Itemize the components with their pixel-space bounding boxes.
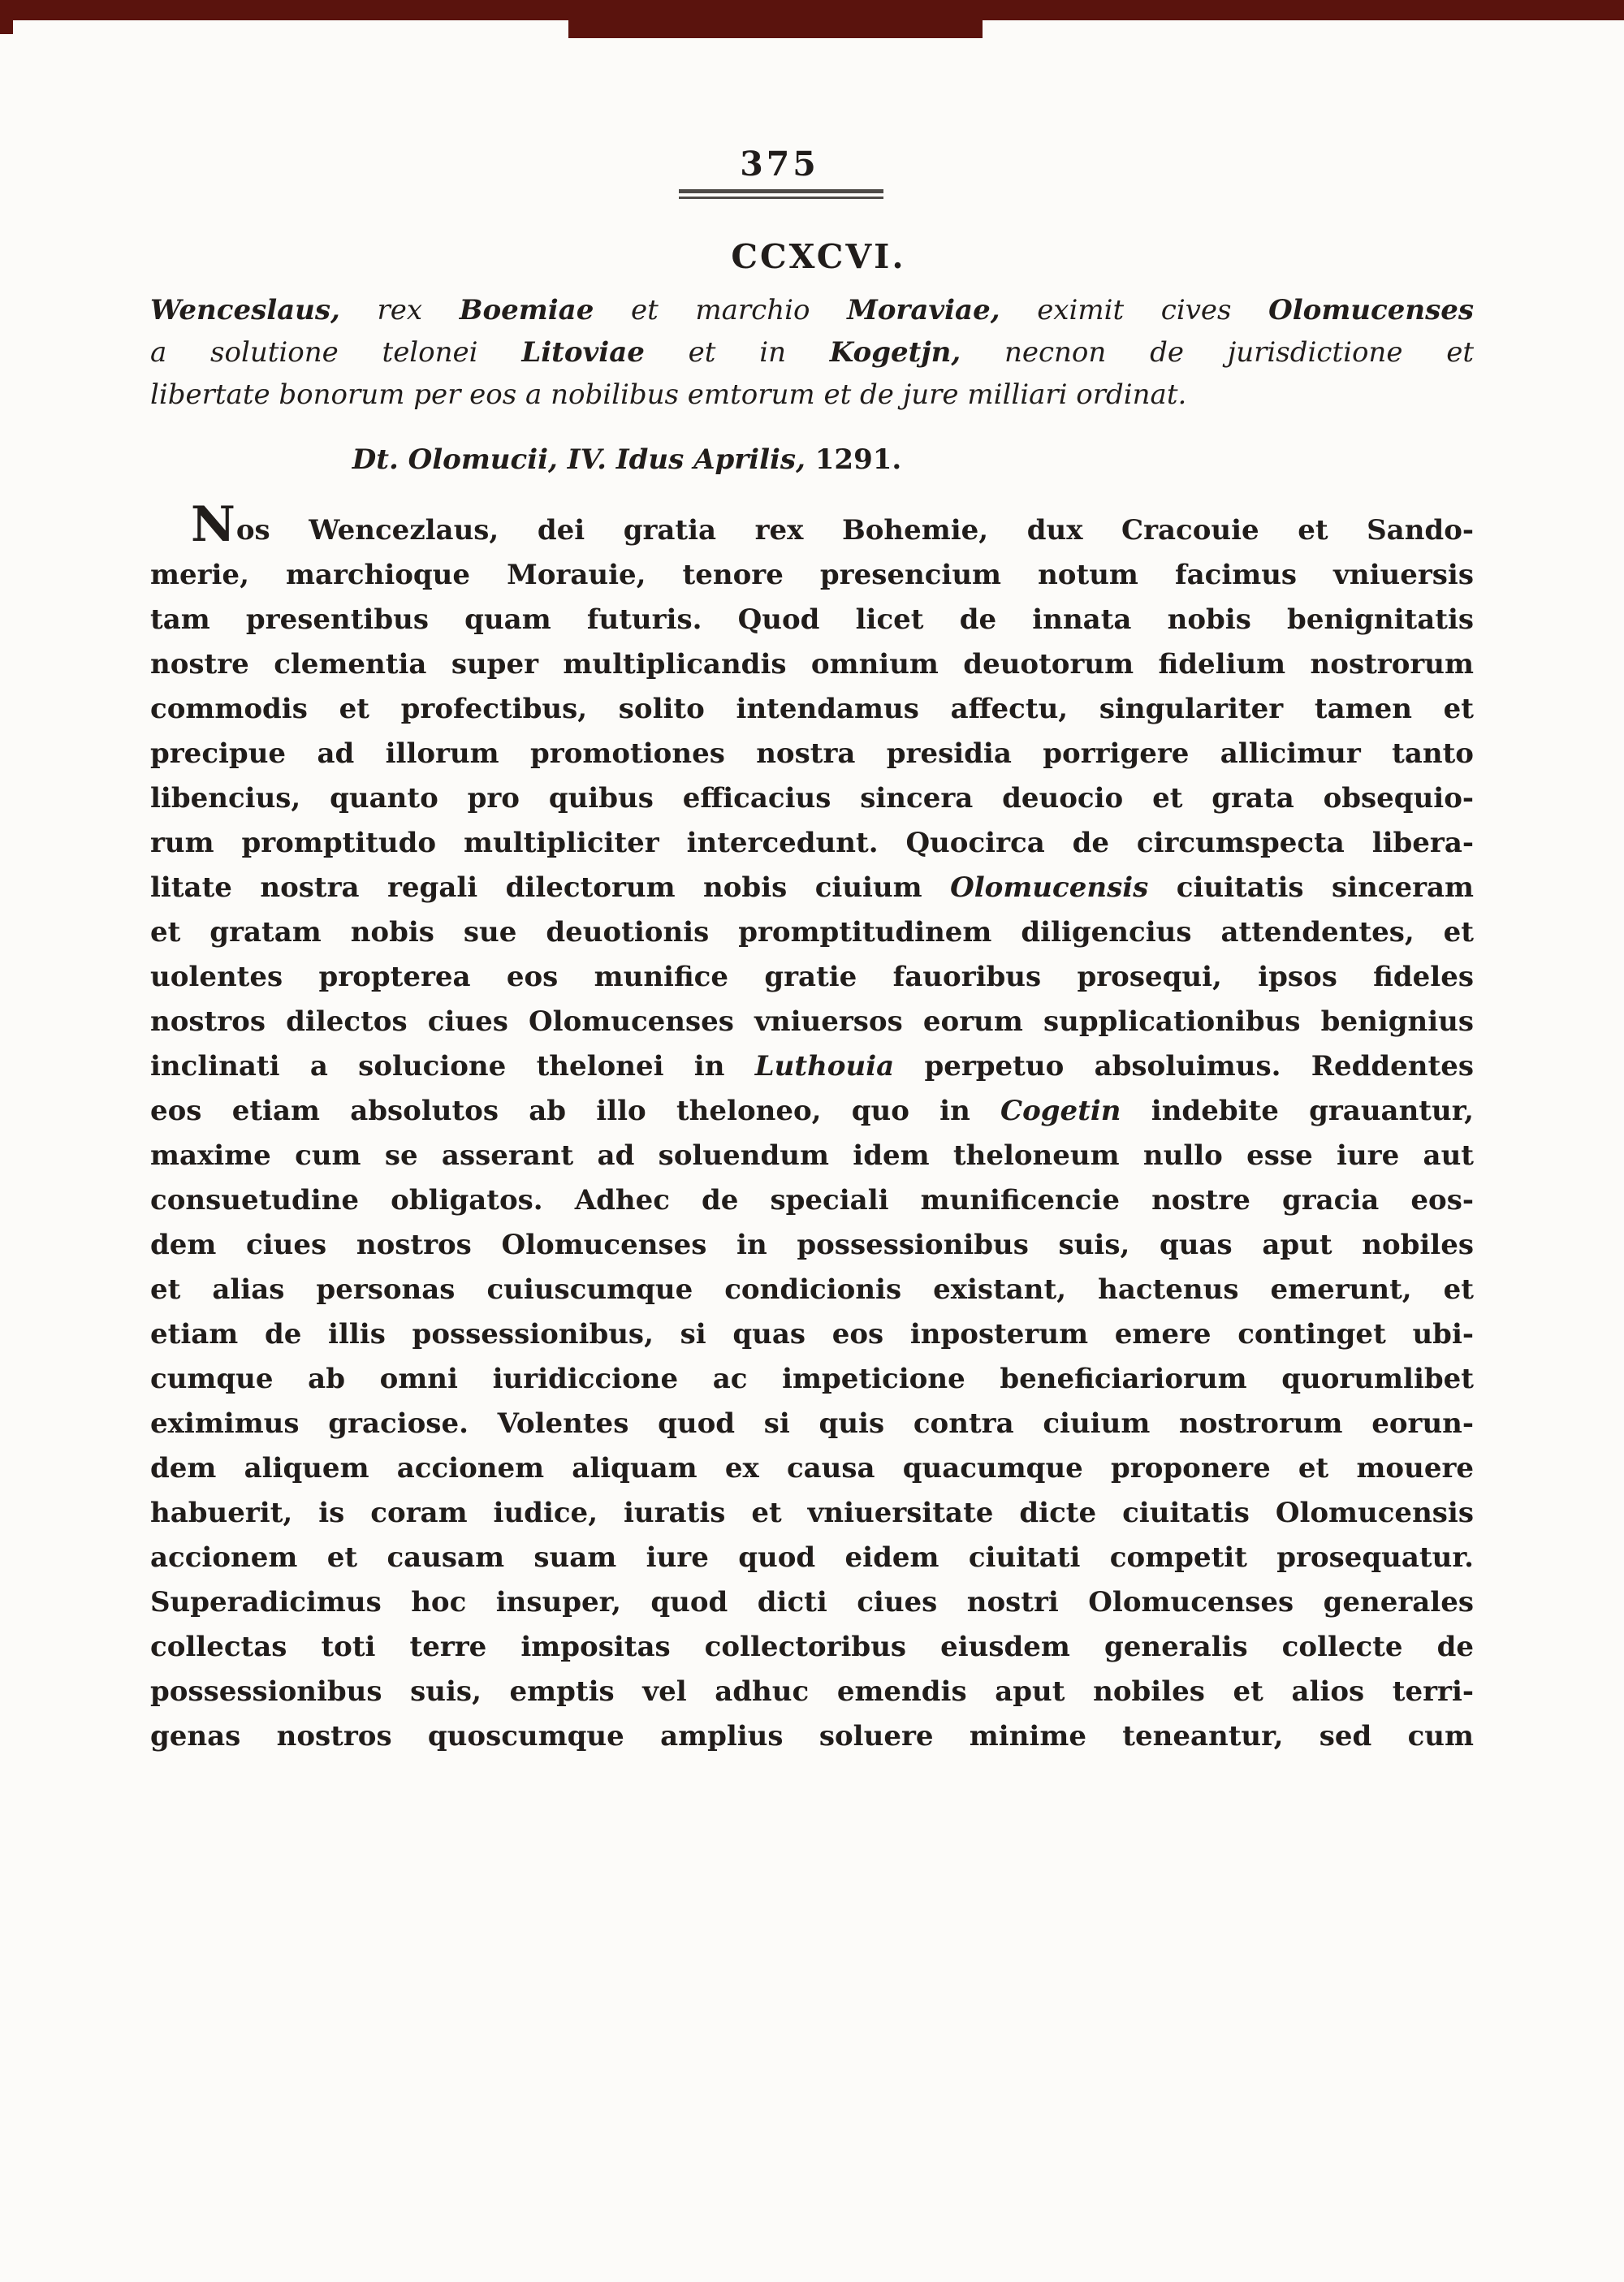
text-segment: dem ciues nostros Olomucenses in possess… [150, 1229, 1474, 1261]
text-segment: perpetuo absoluimus. Reddentes [894, 1050, 1474, 1083]
text-segment: libencius, quanto pro quibus efficacius … [150, 782, 1474, 815]
text-segment: cumque ab omni iuridiccione ac impeticio… [150, 1363, 1474, 1395]
body-line: cumque ab omni iuridiccione ac impeticio… [150, 1357, 1474, 1402]
text-segment: Boemiae [460, 294, 594, 326]
body-line: genas nostros quoscumque amplius soluere… [150, 1714, 1474, 1759]
text-segment: maxime cum se asserant ad soluendum idem… [150, 1139, 1474, 1172]
text-segment: eximimus graciose. Volentes quod si quis… [150, 1407, 1474, 1440]
text-segment: accionem et causam suam iure quod eidem … [150, 1541, 1474, 1574]
body-line: eximimus graciose. Volentes quod si quis… [150, 1402, 1474, 1446]
body-line: habuerit, is coram iudice, iuratis et vn… [150, 1491, 1474, 1536]
text-segment: nostros dilectos ciues Olomucenses vniue… [150, 1005, 1474, 1038]
text-segment: Dt. Olomucii, IV. Idus Aprilis, [352, 443, 806, 476]
body-line: consuetudine obligatos. Adhec de special… [150, 1178, 1474, 1223]
text-segment: collectas toti terre impositas collector… [150, 1631, 1474, 1663]
scan-artifact-left-notch [0, 0, 13, 34]
text-segment: Kogetjn, [830, 336, 961, 369]
section-heading: CCXCVI. [0, 237, 1624, 276]
body-line: collectas toti terre impositas collector… [150, 1625, 1474, 1670]
text-segment: ciuitatis sinceram [1148, 871, 1474, 904]
text-segment: indebite grauantur, [1121, 1095, 1474, 1127]
body-line: accionem et causam suam iure quod eidem … [150, 1536, 1474, 1580]
text-segment: rex [340, 294, 460, 326]
body-line: et alias personas cuiuscumque condicioni… [150, 1268, 1474, 1312]
text-segment: Wenceslaus, [150, 294, 340, 326]
charter-body: Nos Wencezlaus, dei gratia rex Bohemie, … [150, 508, 1474, 1759]
body-line: et gratam nobis sue deuotionis promptitu… [150, 910, 1474, 955]
document-page: 375 CCXCVI. Wenceslaus, rex Boemiae et m… [0, 0, 1624, 2282]
text-segment: tam presentibus quam futuris. Quod licet… [150, 603, 1474, 636]
body-line: Superadicimus hoc insuper, quod dicti ci… [150, 1580, 1474, 1625]
body-line: nostre clementia super multiplicandis om… [150, 642, 1474, 687]
text-segment: dem aliquem accionem aliquam ex causa qu… [150, 1452, 1474, 1485]
text-segment: necnon de jurisdictione et [961, 336, 1474, 369]
body-line: uolentes propterea eos munifice gratie f… [150, 955, 1474, 1000]
text-segment: os Wencezlaus, dei gratia rex Bohemie, d… [236, 514, 1474, 547]
body-line: merie, marchioque Morauie, tenore presen… [150, 553, 1474, 598]
body-line: commodis et profectibus, solito intendam… [150, 687, 1474, 732]
text-segment: inclinati a solucione thelonei in [150, 1050, 755, 1083]
text-segment: merie, marchioque Morauie, tenore presen… [150, 559, 1474, 591]
text-segment: possessionibus suis, emptis vel adhuc em… [150, 1675, 1474, 1708]
body-line: precipue ad illorum promotiones nostra p… [150, 732, 1474, 776]
body-line: dem aliquem accionem aliquam ex causa qu… [150, 1446, 1474, 1491]
summary-line: libertate bonorum per eos a nobilibus em… [150, 374, 1474, 416]
text-segment: habuerit, is coram iudice, iuratis et vn… [150, 1497, 1474, 1529]
body-line: possessionibus suis, emptis vel adhuc em… [150, 1670, 1474, 1714]
text-segment: et marchio [594, 294, 847, 326]
text-segment: uolentes propterea eos munifice gratie f… [150, 961, 1474, 993]
charter-summary: Wenceslaus, rex Boemiae et marchio Morav… [150, 289, 1474, 416]
dateline: Dt. Olomucii, IV. Idus Aprilis, 1291. [0, 439, 1289, 481]
body-line: nostros dilectos ciues Olomucenses vniue… [150, 1000, 1474, 1044]
page-number-rule [679, 189, 883, 199]
text-segment: Olomucensis [950, 871, 1148, 904]
text-segment: N [191, 496, 236, 553]
section-heading-label: CCXCVI. [731, 237, 905, 276]
body-line: maxime cum se asserant ad soluendum idem… [150, 1134, 1474, 1178]
text-segment: et alias personas cuiuscumque condicioni… [150, 1273, 1474, 1306]
text-segment: Moraviae, [847, 294, 1000, 326]
text-segment: Superadicimus hoc insuper, quod dicti ci… [150, 1586, 1474, 1619]
text-segment: et in [645, 336, 830, 369]
text-segment: consuetudine obligatos. Adhec de special… [150, 1184, 1474, 1217]
body-line: rum promptitudo multipliciter intercedun… [150, 821, 1474, 866]
text-segment: litate nostra regali dilectorum nobis ci… [150, 871, 950, 904]
body-line: litate nostra regali dilectorum nobis ci… [150, 866, 1474, 910]
body-line: etiam de illis possessionibus, si quas e… [150, 1312, 1474, 1357]
text-segment: Luthouia [755, 1050, 894, 1083]
body-line: dem ciues nostros Olomucenses in possess… [150, 1223, 1474, 1268]
text-segment: Olomucenses [1268, 294, 1474, 326]
body-line: eos etiam absolutos ab illo theloneo, qu… [150, 1089, 1474, 1134]
body-line: tam presentibus quam futuris. Quod licet… [150, 598, 1474, 642]
text-segment: commodis et profectibus, solito intendam… [150, 693, 1474, 725]
text-segment: nostre clementia super multiplicandis om… [150, 648, 1474, 681]
text-segment: 1291. [806, 443, 901, 476]
body-line: inclinati a solucione thelonei in Luthou… [150, 1044, 1474, 1089]
text-segment: Cogetin [1000, 1095, 1121, 1127]
text-segment: eos etiam absolutos ab illo theloneo, qu… [150, 1095, 1000, 1127]
text-segment: et gratam nobis sue deuotionis promptitu… [150, 916, 1474, 949]
text-segment: genas nostros quoscumque amplius soluere… [150, 1720, 1474, 1753]
text-segment: eximit cives [1000, 294, 1269, 326]
scan-artifact-top-band-center [568, 0, 983, 38]
page-number: 375 [0, 145, 1624, 184]
text-segment: rum promptitudo multipliciter intercedun… [150, 827, 1474, 859]
text-segment: Litoviae [521, 336, 645, 369]
page-number-value: 375 [740, 145, 819, 184]
summary-line: a solutione telonei Litoviae et in Koget… [150, 331, 1474, 374]
text-segment: precipue ad illorum promotiones nostra p… [150, 737, 1474, 770]
text-segment: a solutione telonei [150, 336, 521, 369]
body-line: Nos Wencezlaus, dei gratia rex Bohemie, … [150, 508, 1474, 553]
text-segment: libertate bonorum per eos a nobilibus em… [150, 378, 1186, 411]
body-line: libencius, quanto pro quibus efficacius … [150, 776, 1474, 821]
text-segment: etiam de illis possessionibus, si quas e… [150, 1318, 1474, 1351]
summary-line: Wenceslaus, rex Boemiae et marchio Morav… [150, 289, 1474, 331]
